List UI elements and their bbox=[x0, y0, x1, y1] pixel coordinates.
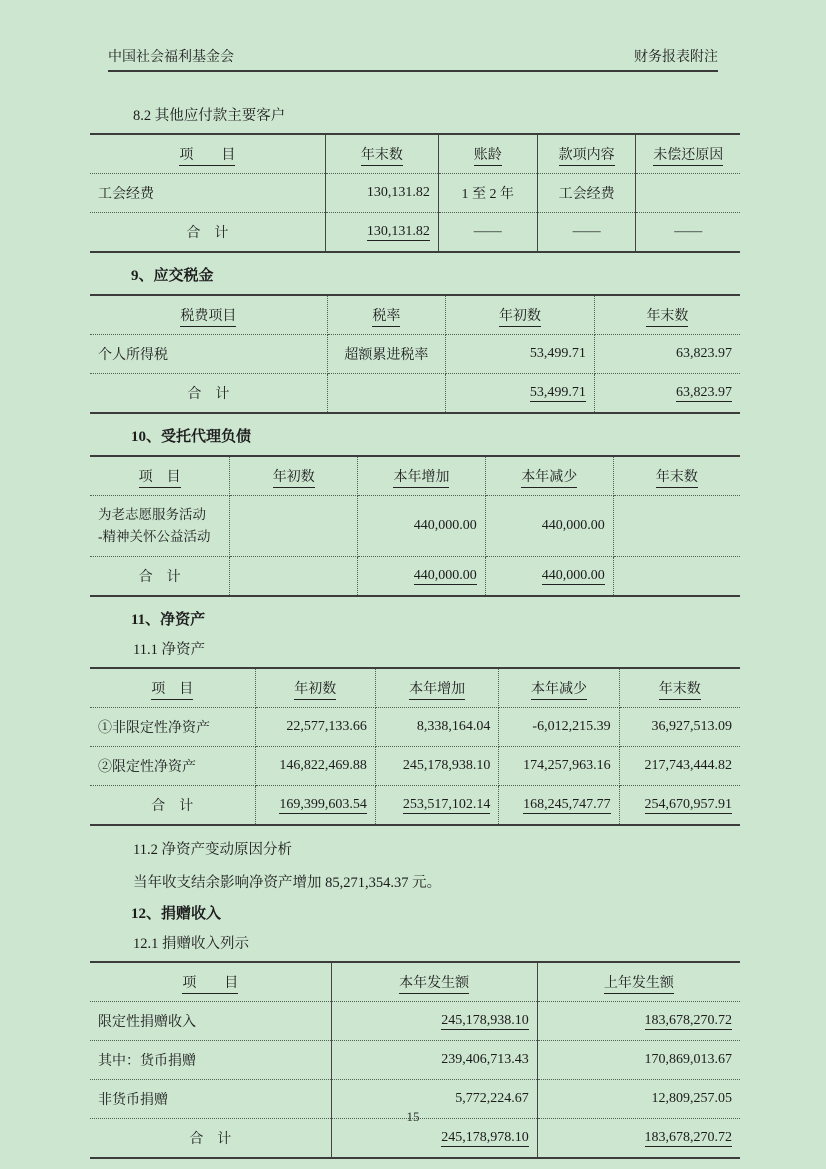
cell-begin bbox=[230, 496, 358, 557]
cell-prior: 170,869,013.67 bbox=[537, 1041, 740, 1080]
cell-year-end: 130,131.82 bbox=[325, 174, 438, 213]
cell-aging: 1 至 2 年 bbox=[438, 174, 537, 213]
cell-decrease: 174,257,963.16 bbox=[499, 747, 619, 786]
cell-item: 为老志愿服务活动 -精神关怀公益活动 bbox=[90, 496, 230, 557]
section-11-title: 11、净资产 bbox=[131, 608, 826, 629]
page-header: 中国社会福利基金会 财务报表附注 bbox=[108, 46, 718, 72]
cell-total-begin: 169,399,603.54 bbox=[255, 786, 375, 826]
table-header-row: 项 目 年初数 本年增加 本年减少 年末数 bbox=[90, 456, 740, 496]
cell-total-begin bbox=[230, 557, 358, 597]
cell-item: 其中：货币捐赠 bbox=[90, 1041, 331, 1080]
cell-total-rate bbox=[327, 374, 445, 414]
cell-total-decrease: 440,000.00 bbox=[485, 557, 613, 597]
section-12-1-title: 12.1 捐赠收入列示 bbox=[133, 932, 826, 953]
table-row: 工会经费 130,131.82 1 至 2 年 工会经费 bbox=[90, 174, 740, 213]
cell-item: 工会经费 bbox=[90, 174, 325, 213]
col-header-increase: 本年增加 bbox=[358, 456, 485, 496]
cell-end: 63,823.97 bbox=[594, 335, 740, 374]
cell-total-decrease: 168,245,747.77 bbox=[499, 786, 619, 826]
cell-current: 239,406,713.43 bbox=[331, 1041, 537, 1080]
cell-begin: 53,499.71 bbox=[446, 335, 595, 374]
col-header-item: 项 目 bbox=[90, 962, 331, 1002]
cell-begin: 146,822,469.88 bbox=[255, 747, 375, 786]
col-header-begin: 年初数 bbox=[230, 456, 358, 496]
col-header-begin: 年初数 bbox=[255, 668, 375, 708]
cell-total-increase: 440,000.00 bbox=[358, 557, 485, 597]
cell-end bbox=[613, 496, 740, 557]
net-assets-table: 项 目 年初数 本年增加 本年减少 年末数 ①非限定性净资产 22,577,13… bbox=[90, 667, 740, 826]
cell-tax-rate: 超额累进税率 bbox=[327, 335, 445, 374]
header-left-title: 中国社会福利基金会 bbox=[108, 46, 234, 66]
net-assets-change-text: 当年收支结余影响净资产增加 85,271,354.37 元。 bbox=[133, 871, 826, 892]
col-header-item: 项 目 bbox=[90, 456, 230, 496]
section-9-title: 9、应交税金 bbox=[131, 264, 826, 285]
col-header-begin: 年初数 bbox=[446, 295, 595, 335]
table-header-row: 税费项目 税率 年初数 年末数 bbox=[90, 295, 740, 335]
table-row: 个人所得税 超额累进税率 53,499.71 63,823.97 bbox=[90, 335, 740, 374]
cell-item: 限定性捐赠收入 bbox=[90, 1002, 331, 1041]
cell-total-end: 63,823.97 bbox=[594, 374, 740, 414]
cell-total-label: 合 计 bbox=[90, 213, 325, 253]
agency-liability-table: 项 目 年初数 本年增加 本年减少 年末数 为老志愿服务活动 -精神关怀公益活动… bbox=[90, 455, 740, 597]
col-header-item: 项 目 bbox=[90, 668, 255, 708]
document-page: 中国社会福利基金会 财务报表附注 8.2 其他应付款主要客户 项 目 年末数 账… bbox=[0, 0, 826, 1169]
cell-item: ②限定性净资产 bbox=[90, 747, 255, 786]
table-row: ②限定性净资产 146,822,469.88 245,178,938.10 17… bbox=[90, 747, 740, 786]
table-total-row: 合 计 53,499.71 63,823.97 bbox=[90, 374, 740, 414]
cell-decrease: -6,012,215.39 bbox=[499, 708, 619, 747]
table-total-row: 合 计 440,000.00 440,000.00 bbox=[90, 557, 740, 597]
cell-total-end: 254,670,957.91 bbox=[619, 786, 740, 826]
col-header-tax-item: 税费项目 bbox=[90, 295, 327, 335]
cell-total-reason: —— bbox=[636, 213, 740, 253]
cell-decrease: 440,000.00 bbox=[485, 496, 613, 557]
cell-increase: 245,178,938.10 bbox=[375, 747, 499, 786]
other-payables-table: 项 目 年末数 账龄 款项内容 未偿还原因 工会经费 130,131.82 1 … bbox=[90, 133, 740, 253]
col-header-decrease: 本年减少 bbox=[499, 668, 619, 708]
col-header-aging: 账龄 bbox=[438, 134, 537, 174]
header-right-title: 财务报表附注 bbox=[634, 46, 718, 66]
col-header-year-end: 年末数 bbox=[325, 134, 438, 174]
cell-total-label: 合 计 bbox=[90, 374, 327, 414]
table-header-row: 项 目 年末数 账龄 款项内容 未偿还原因 bbox=[90, 134, 740, 174]
col-header-end: 年末数 bbox=[619, 668, 740, 708]
table-row: 为老志愿服务活动 -精神关怀公益活动 440,000.00 440,000.00 bbox=[90, 496, 740, 557]
section-12-title: 12、捐赠收入 bbox=[131, 902, 826, 923]
cell-total-increase: 253,517,102.14 bbox=[375, 786, 499, 826]
section-11-2-title: 11.2 净资产变动原因分析 bbox=[133, 838, 826, 859]
cell-content: 工会经费 bbox=[537, 174, 636, 213]
cell-increase: 440,000.00 bbox=[358, 496, 485, 557]
col-header-current-year: 本年发生额 bbox=[331, 962, 537, 1002]
page-number: 15 bbox=[0, 1109, 826, 1125]
col-header-tax-rate: 税率 bbox=[327, 295, 445, 335]
item-line-1: 为老志愿服务活动 bbox=[98, 504, 221, 526]
table-header-row: 项 目 本年发生额 上年发生额 bbox=[90, 962, 740, 1002]
cell-tax-item: 个人所得税 bbox=[90, 335, 327, 374]
cell-total-begin: 53,499.71 bbox=[446, 374, 595, 414]
section-8-2-title: 8.2 其他应付款主要客户 bbox=[133, 104, 826, 125]
cell-total-label: 合 计 bbox=[90, 786, 255, 826]
cell-prior: 183,678,270.72 bbox=[537, 1002, 740, 1041]
table-row: 其中：货币捐赠 239,406,713.43 170,869,013.67 bbox=[90, 1041, 740, 1080]
cell-item: ①非限定性净资产 bbox=[90, 708, 255, 747]
cell-total-year-end: 130,131.82 bbox=[325, 213, 438, 253]
donation-income-table: 项 目 本年发生额 上年发生额 限定性捐赠收入 245,178,938.10 1… bbox=[90, 961, 740, 1159]
cell-end: 217,743,444.82 bbox=[619, 747, 740, 786]
section-11-1-title: 11.1 净资产 bbox=[133, 638, 826, 659]
cell-total-end bbox=[613, 557, 740, 597]
col-header-decrease: 本年减少 bbox=[485, 456, 613, 496]
cell-total-label: 合 计 bbox=[90, 557, 230, 597]
col-header-content: 款项内容 bbox=[537, 134, 636, 174]
section-10-title: 10、受托代理负债 bbox=[131, 425, 826, 446]
col-header-item: 项 目 bbox=[90, 134, 325, 174]
cell-begin: 22,577,133.66 bbox=[255, 708, 375, 747]
col-header-increase: 本年增加 bbox=[375, 668, 499, 708]
table-total-row: 合 计 169,399,603.54 253,517,102.14 168,24… bbox=[90, 786, 740, 826]
tax-payable-table: 税费项目 税率 年初数 年末数 个人所得税 超额累进税率 53,499.71 6… bbox=[90, 294, 740, 414]
col-header-end: 年末数 bbox=[594, 295, 740, 335]
table-header-row: 项 目 年初数 本年增加 本年减少 年末数 bbox=[90, 668, 740, 708]
cell-increase: 8,338,164.04 bbox=[375, 708, 499, 747]
cell-current: 245,178,938.10 bbox=[331, 1002, 537, 1041]
table-row: 限定性捐赠收入 245,178,938.10 183,678,270.72 bbox=[90, 1002, 740, 1041]
cell-reason bbox=[636, 174, 740, 213]
table-row: ①非限定性净资产 22,577,133.66 8,338,164.04 -6,0… bbox=[90, 708, 740, 747]
col-header-reason: 未偿还原因 bbox=[636, 134, 740, 174]
cell-total-aging: —— bbox=[438, 213, 537, 253]
item-line-2: -精神关怀公益活动 bbox=[98, 526, 221, 548]
table-total-row: 合 计 130,131.82 —— —— —— bbox=[90, 213, 740, 253]
col-header-prior-year: 上年发生额 bbox=[537, 962, 740, 1002]
col-header-end: 年末数 bbox=[613, 456, 740, 496]
cell-total-content: —— bbox=[537, 213, 636, 253]
cell-end: 36,927,513.09 bbox=[619, 708, 740, 747]
